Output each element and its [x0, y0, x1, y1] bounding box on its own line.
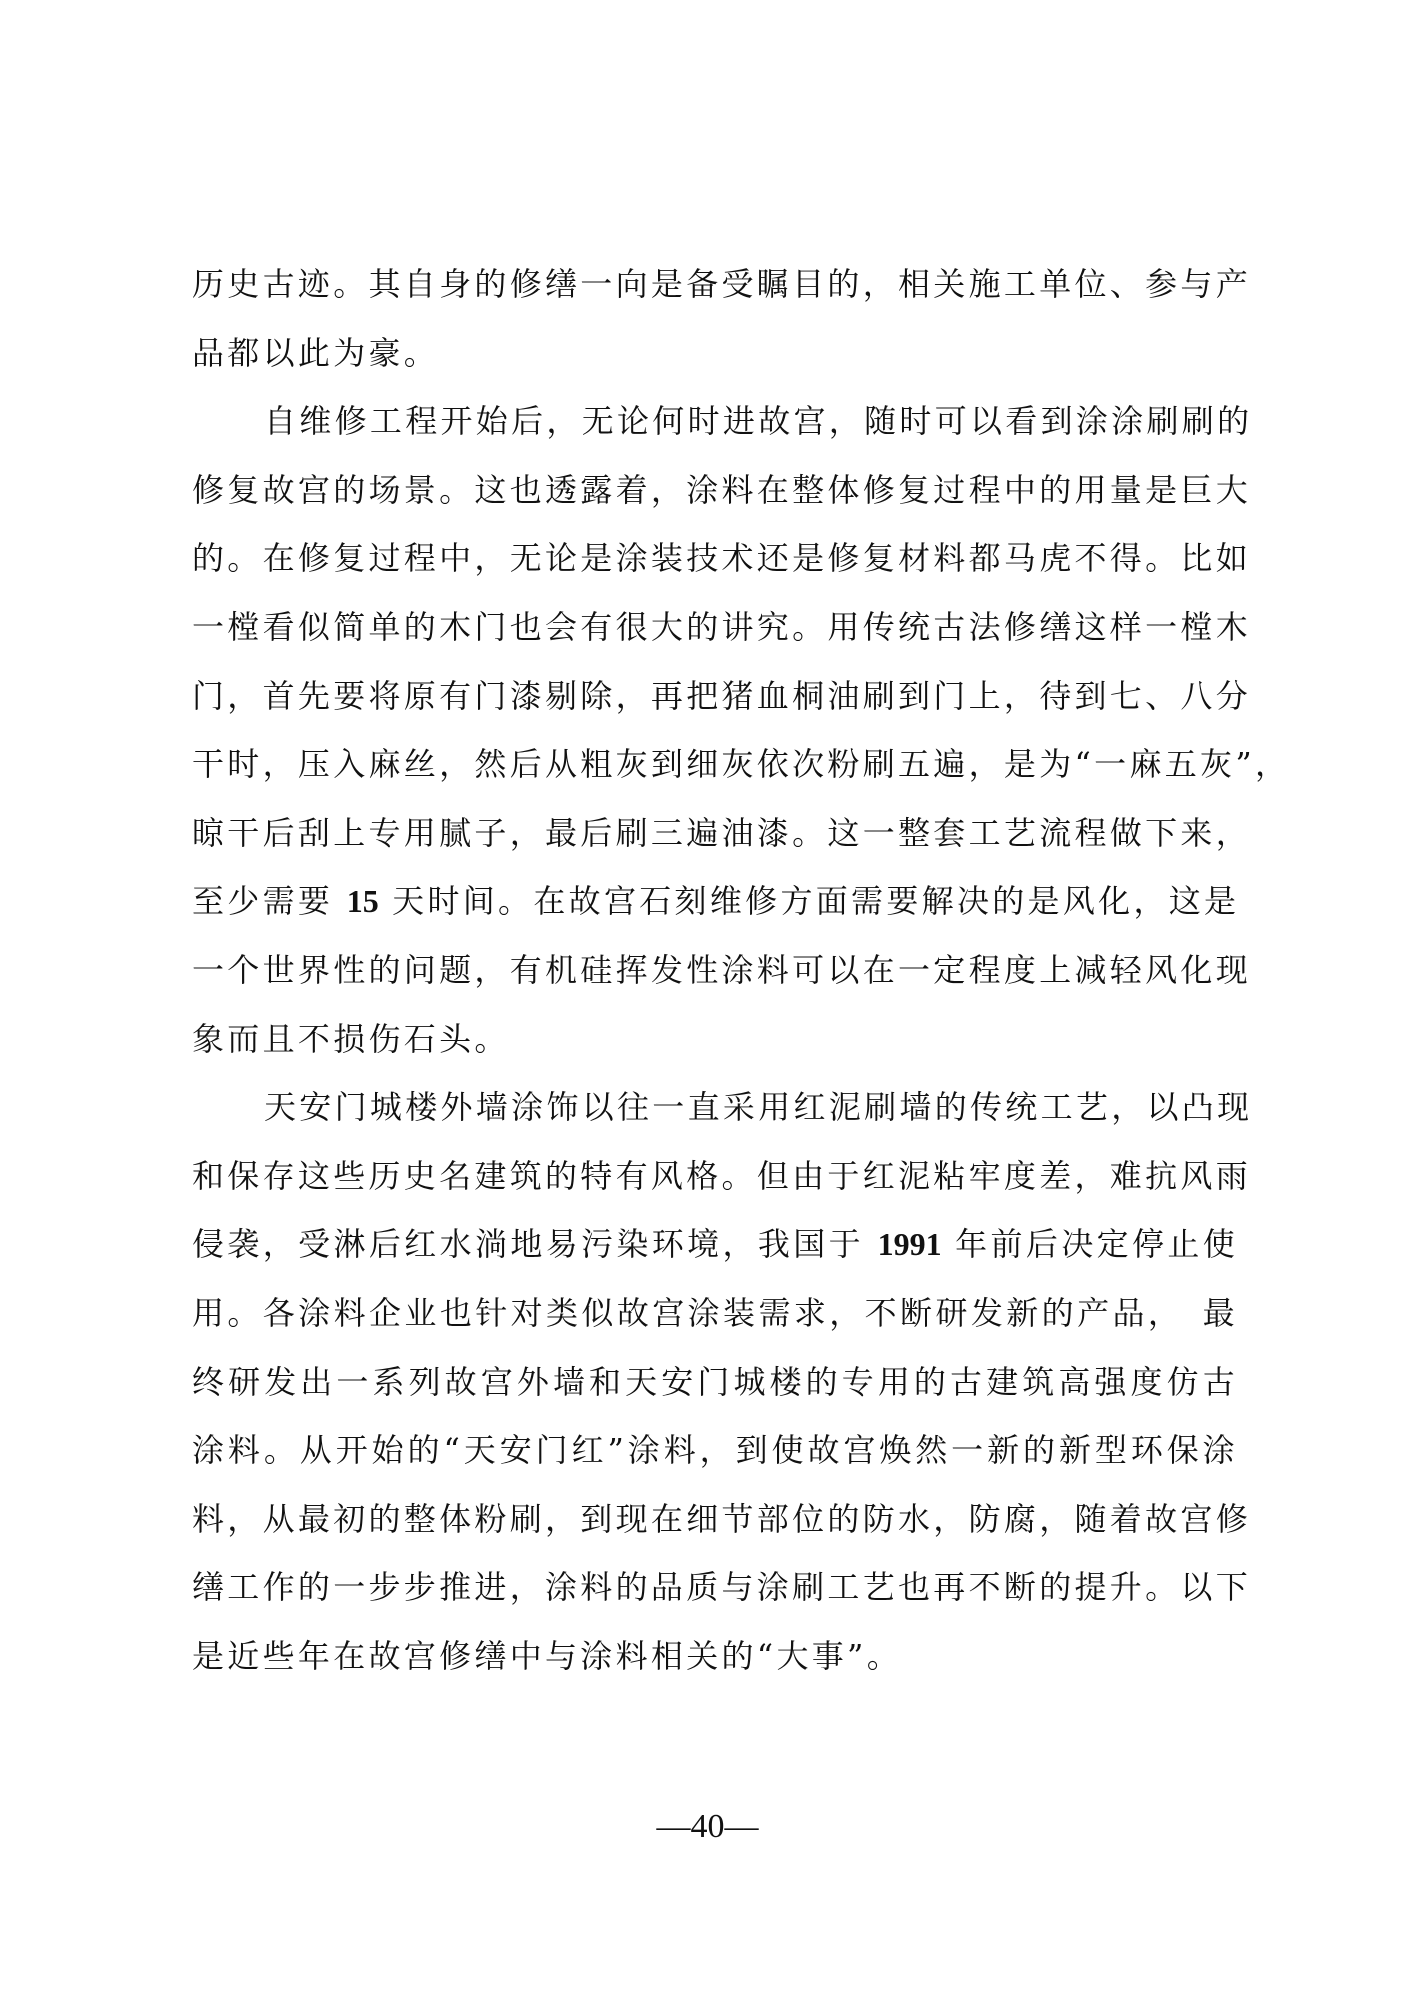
text-line: 历史古迹。其自身的修缮一向是备受瞩目的，相关施工单位、参与产 — [192, 250, 1238, 319]
text-line: 一个世界性的问题，有机硅挥发性涂料可以在一定程度上减轻风化现 — [192, 936, 1238, 1005]
paragraph-1: 历史古迹。其自身的修缮一向是备受瞩目的，相关施工单位、参与产 品都以此为豪。 — [192, 250, 1238, 387]
text-line: 干时，压入麻丝，然后从粗灰到细灰依次粉刷五遍，是为“一麻五灰”， — [192, 730, 1238, 799]
text-line: 的。在修复过程中，无论是涂装技术还是修复材料都马虎不得。比如 — [192, 524, 1238, 593]
text-line: 晾干后刮上专用腻子，最后刷三遍油漆。这一整套工艺流程做下来， — [192, 799, 1238, 868]
paragraph-2: 自维修工程开始后，无论何时进故宫，随时可以看到涂涂刷刷的 修复故宫的场景。这也透… — [192, 387, 1238, 1073]
text-line: 门，首先要将原有门漆剔除，再把猪血桐油刷到门上，待到七、八分 — [192, 662, 1238, 731]
text-line: 涂料。从开始的“天安门红”涂料，到使故宫焕然一新的新型环保涂 — [192, 1416, 1238, 1485]
text-line: 缮工作的一步步推进，涂料的品质与涂刷工艺也再不断的提升。以下 — [192, 1553, 1238, 1622]
text-line: 品都以此为豪。 — [192, 319, 1238, 388]
text-line: 和保存这些历史名建筑的特有风格。但由于红泥粘牢度差，难抗风雨 — [192, 1142, 1238, 1211]
text-line: 修复故宫的场景。这也透露着，涂料在整体修复过程中的用量是巨大 — [192, 456, 1238, 525]
paragraph-3: 天安门城楼外墙涂饰以往一直采用红泥刷墙的传统工艺，以凸现 和保存这些历史名建筑的… — [192, 1073, 1238, 1690]
text-line: 是近些年在故宫修缮中与涂料相关的“大事”。 — [192, 1622, 1238, 1691]
text-line: 至少需要 15 天时间。在故宫石刻维修方面需要解决的是风化，这是 — [192, 867, 1238, 936]
text-line: 终研发出一系列故宫外墙和天安门城楼的专用的古建筑高强度仿古 — [192, 1348, 1238, 1417]
text-line: 象而且不损伤石头。 — [192, 1005, 1238, 1074]
text-line: 侵袭，受淋后红水淌地易污染环境，我国于 1991 年前后决定停止使 — [192, 1210, 1238, 1279]
document-page: 历史古迹。其自身的修缮一向是备受瞩目的，相关施工单位、参与产 品都以此为豪。 自… — [0, 0, 1415, 2000]
text-line: 自维修工程开始后，无论何时进故宫，随时可以看到涂涂刷刷的 — [192, 387, 1238, 456]
body-text: 历史古迹。其自身的修缮一向是备受瞩目的，相关施工单位、参与产 品都以此为豪。 自… — [192, 250, 1238, 1690]
number-text: 1991 — [878, 1226, 942, 1262]
text-line: 用。各涂料企业也针对类似故宫涂装需求，不断研发新的产品， 最 — [192, 1279, 1238, 1348]
text-line: 一樘看似简单的木门也会有很大的讲究。用传统古法修缮这样一樘木 — [192, 593, 1238, 662]
page-number: —40— — [0, 1808, 1415, 1846]
text-line: 天安门城楼外墙涂饰以往一直采用红泥刷墙的传统工艺，以凸现 — [192, 1073, 1238, 1142]
text-line: 料，从最初的整体粉刷，到现在细节部位的防水，防腐，随着故宫修 — [192, 1485, 1238, 1554]
number-text: 15 — [347, 883, 379, 919]
